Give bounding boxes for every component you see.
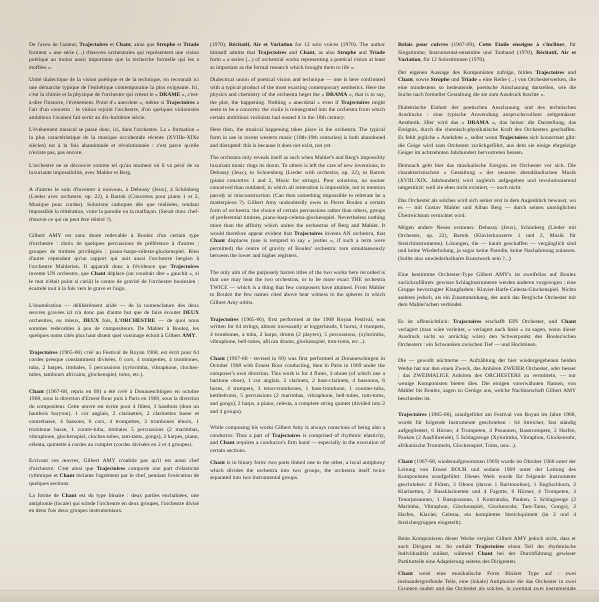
paragraph: La forme de Chant est du type binaire : … (29, 493, 199, 516)
paragraph: Trajectoires (1965-66), uraufgeführt am … (398, 412, 576, 450)
emphasized-title: Trajectoires (258, 50, 287, 56)
paragraph: Chant is in binary form: two parts linke… (210, 460, 385, 483)
emphasized-title: Chant (478, 551, 493, 557)
paragraph: Unité dialectique de la vision poétique … (29, 77, 199, 122)
emphasized-title: Chant (116, 42, 131, 48)
paragraph: (1970), Récitatif, Air et Variation for … (210, 42, 385, 72)
emphasized-title: Triade (369, 50, 385, 56)
emphasized-title: AMY (182, 333, 195, 339)
page-bottom-edge (0, 590, 599, 602)
emphasized-title: Cette Etoile enseigne à s'incliner (479, 42, 565, 48)
emphasized-title: Triade (461, 77, 477, 83)
paragraph: Es ist offensichtlich: Trajectoires ersc… (398, 319, 576, 349)
emphasized-title: Trajectoires (97, 466, 126, 472)
paragraph: Mögen andere Neues ersinnen: Debussy (Je… (398, 225, 576, 263)
column-english: (1970), Récitatif, Air et Variation for … (210, 42, 385, 488)
emphasized-title: DRAME (159, 92, 180, 98)
emphasized-title: Chant (398, 77, 413, 83)
emphasized-title: L'ORCHESTRE (115, 318, 155, 324)
emphasized-title: DEUX (83, 318, 99, 324)
emphasized-title: Trajectoires (476, 544, 505, 550)
paragraph: Here then, the musical happening takes p… (210, 127, 385, 150)
emphasized-title: Récitatif, Air et Variation (398, 50, 576, 64)
emphasized-title: DRAMA (467, 120, 488, 126)
emphasized-title: Relais pour cuivres (398, 42, 448, 48)
paragraph: Demnach geht hier das musikalische Ereig… (398, 163, 576, 193)
emphasized-title: Trajectoires (398, 412, 427, 418)
paragraph: The only aim of the purposely barren tit… (210, 270, 385, 308)
emphasized-title: DRAMA (326, 92, 347, 98)
paragraph: Der eigenen Aussage des Komponisten zufo… (398, 70, 576, 100)
emphasized-title: Chant (62, 493, 77, 499)
emphasized-title: Strophe (157, 42, 176, 48)
emphasized-title: Trajectoires (166, 100, 195, 106)
emphasized-title: Chant (561, 319, 576, 325)
emphasized-title: Chant (210, 356, 225, 362)
emphasized-title: Chant (220, 440, 235, 446)
paragraph: The orchestra only reveals itself as suc… (210, 155, 385, 261)
paragraph: Chant (1967-68 - revised in 69) was firs… (210, 356, 385, 416)
emphasized-title: Strophe (337, 50, 356, 56)
emphasized-title: Chant (60, 473, 75, 479)
emphasized-title: Trajectoires (210, 317, 239, 323)
paragraph: Ecrivant ces œuvres, Gilbert AMY n'oubli… (29, 458, 199, 488)
paragraph: Eine bestimmte Orchester-Type Gilbert AM… (398, 272, 576, 310)
emphasized-title: Chant (210, 238, 225, 244)
italic-text: créé (84, 350, 94, 356)
emphasized-title: Chant (398, 459, 413, 465)
paragraph: De l'aveu de l'auteur, Trajectoires et C… (29, 42, 199, 72)
emphasized-title: Triade (183, 42, 199, 48)
paragraph: L'événement musical se passe donc, ici, … (29, 127, 199, 157)
paragraph: A d'autres le soin d'inventer à nouveau,… (29, 187, 199, 225)
column-german: Relais pour cuivres (1967-69), Cette Eto… (398, 42, 576, 602)
paragraph: Chant (1967-68, repris en 69) a été créé… (29, 389, 199, 449)
paragraph: Beim Komponieren dieser Werke vergisst G… (398, 536, 576, 566)
paragraph: Trajectoires (1965-66), first performed … (210, 317, 385, 347)
italic-text: créé (118, 389, 128, 395)
paragraph: Dialectical union of poetical vision and… (210, 77, 385, 122)
emphasized-title: Trajectoires (29, 350, 58, 356)
emphasized-title: Trajectoires (272, 433, 301, 439)
paragraph: Trajectoires (1965-66) créé au Festival … (29, 350, 199, 380)
liner-notes-page: De l'aveu de l'auteur, Trajectoires et C… (0, 0, 599, 602)
paragraph: Gilbert AMY est sans doute redevable à B… (29, 233, 199, 293)
emphasized-title: Trajectoires (453, 319, 482, 325)
emphasized-title: Trajectoires (294, 231, 323, 237)
paragraph: While composing his works Gilbert Amy is… (210, 425, 385, 455)
emphasized-title: Chant (210, 460, 225, 466)
paragraph: Chant (1967-68, wiederaufgenommen 1969) … (398, 459, 576, 527)
paragraph: Das Orchester als solches wird sich sein… (398, 198, 576, 221)
emphasized-title: Récitatif, Air et Variation (229, 42, 293, 48)
paragraph: Dialektische Einheit der poetischen Ansc… (398, 105, 576, 158)
paragraph: Relais pour cuivres (1967-69), Cette Eto… (398, 42, 576, 65)
emphasized-title: Strophe (431, 77, 450, 83)
paragraph: L'orchestre ne se découvre comme tel qu'… (29, 163, 199, 178)
emphasized-title: Trajectoires (341, 100, 370, 106)
paragraph: Die — gewollt nüchterne — Aufzählung der… (398, 358, 576, 403)
emphasized-title: Chant (29, 389, 44, 395)
paragraph: L'énumération — délibérément aride — de … (29, 303, 199, 341)
emphasized-title: Chant (300, 50, 315, 56)
emphasized-title: Chant (398, 571, 413, 577)
column-french: De l'aveu de l'auteur, Trajectoires et C… (29, 42, 199, 521)
emphasized-title: Trajectoires (536, 70, 565, 76)
emphasized-title: Chant (91, 271, 106, 277)
emphasized-title: DEUX (183, 310, 199, 316)
emphasized-title: Trajectoires (79, 42, 108, 48)
emphasized-title: Trajectoires (170, 264, 199, 270)
emphasized-title: Trajectoires (499, 135, 528, 141)
